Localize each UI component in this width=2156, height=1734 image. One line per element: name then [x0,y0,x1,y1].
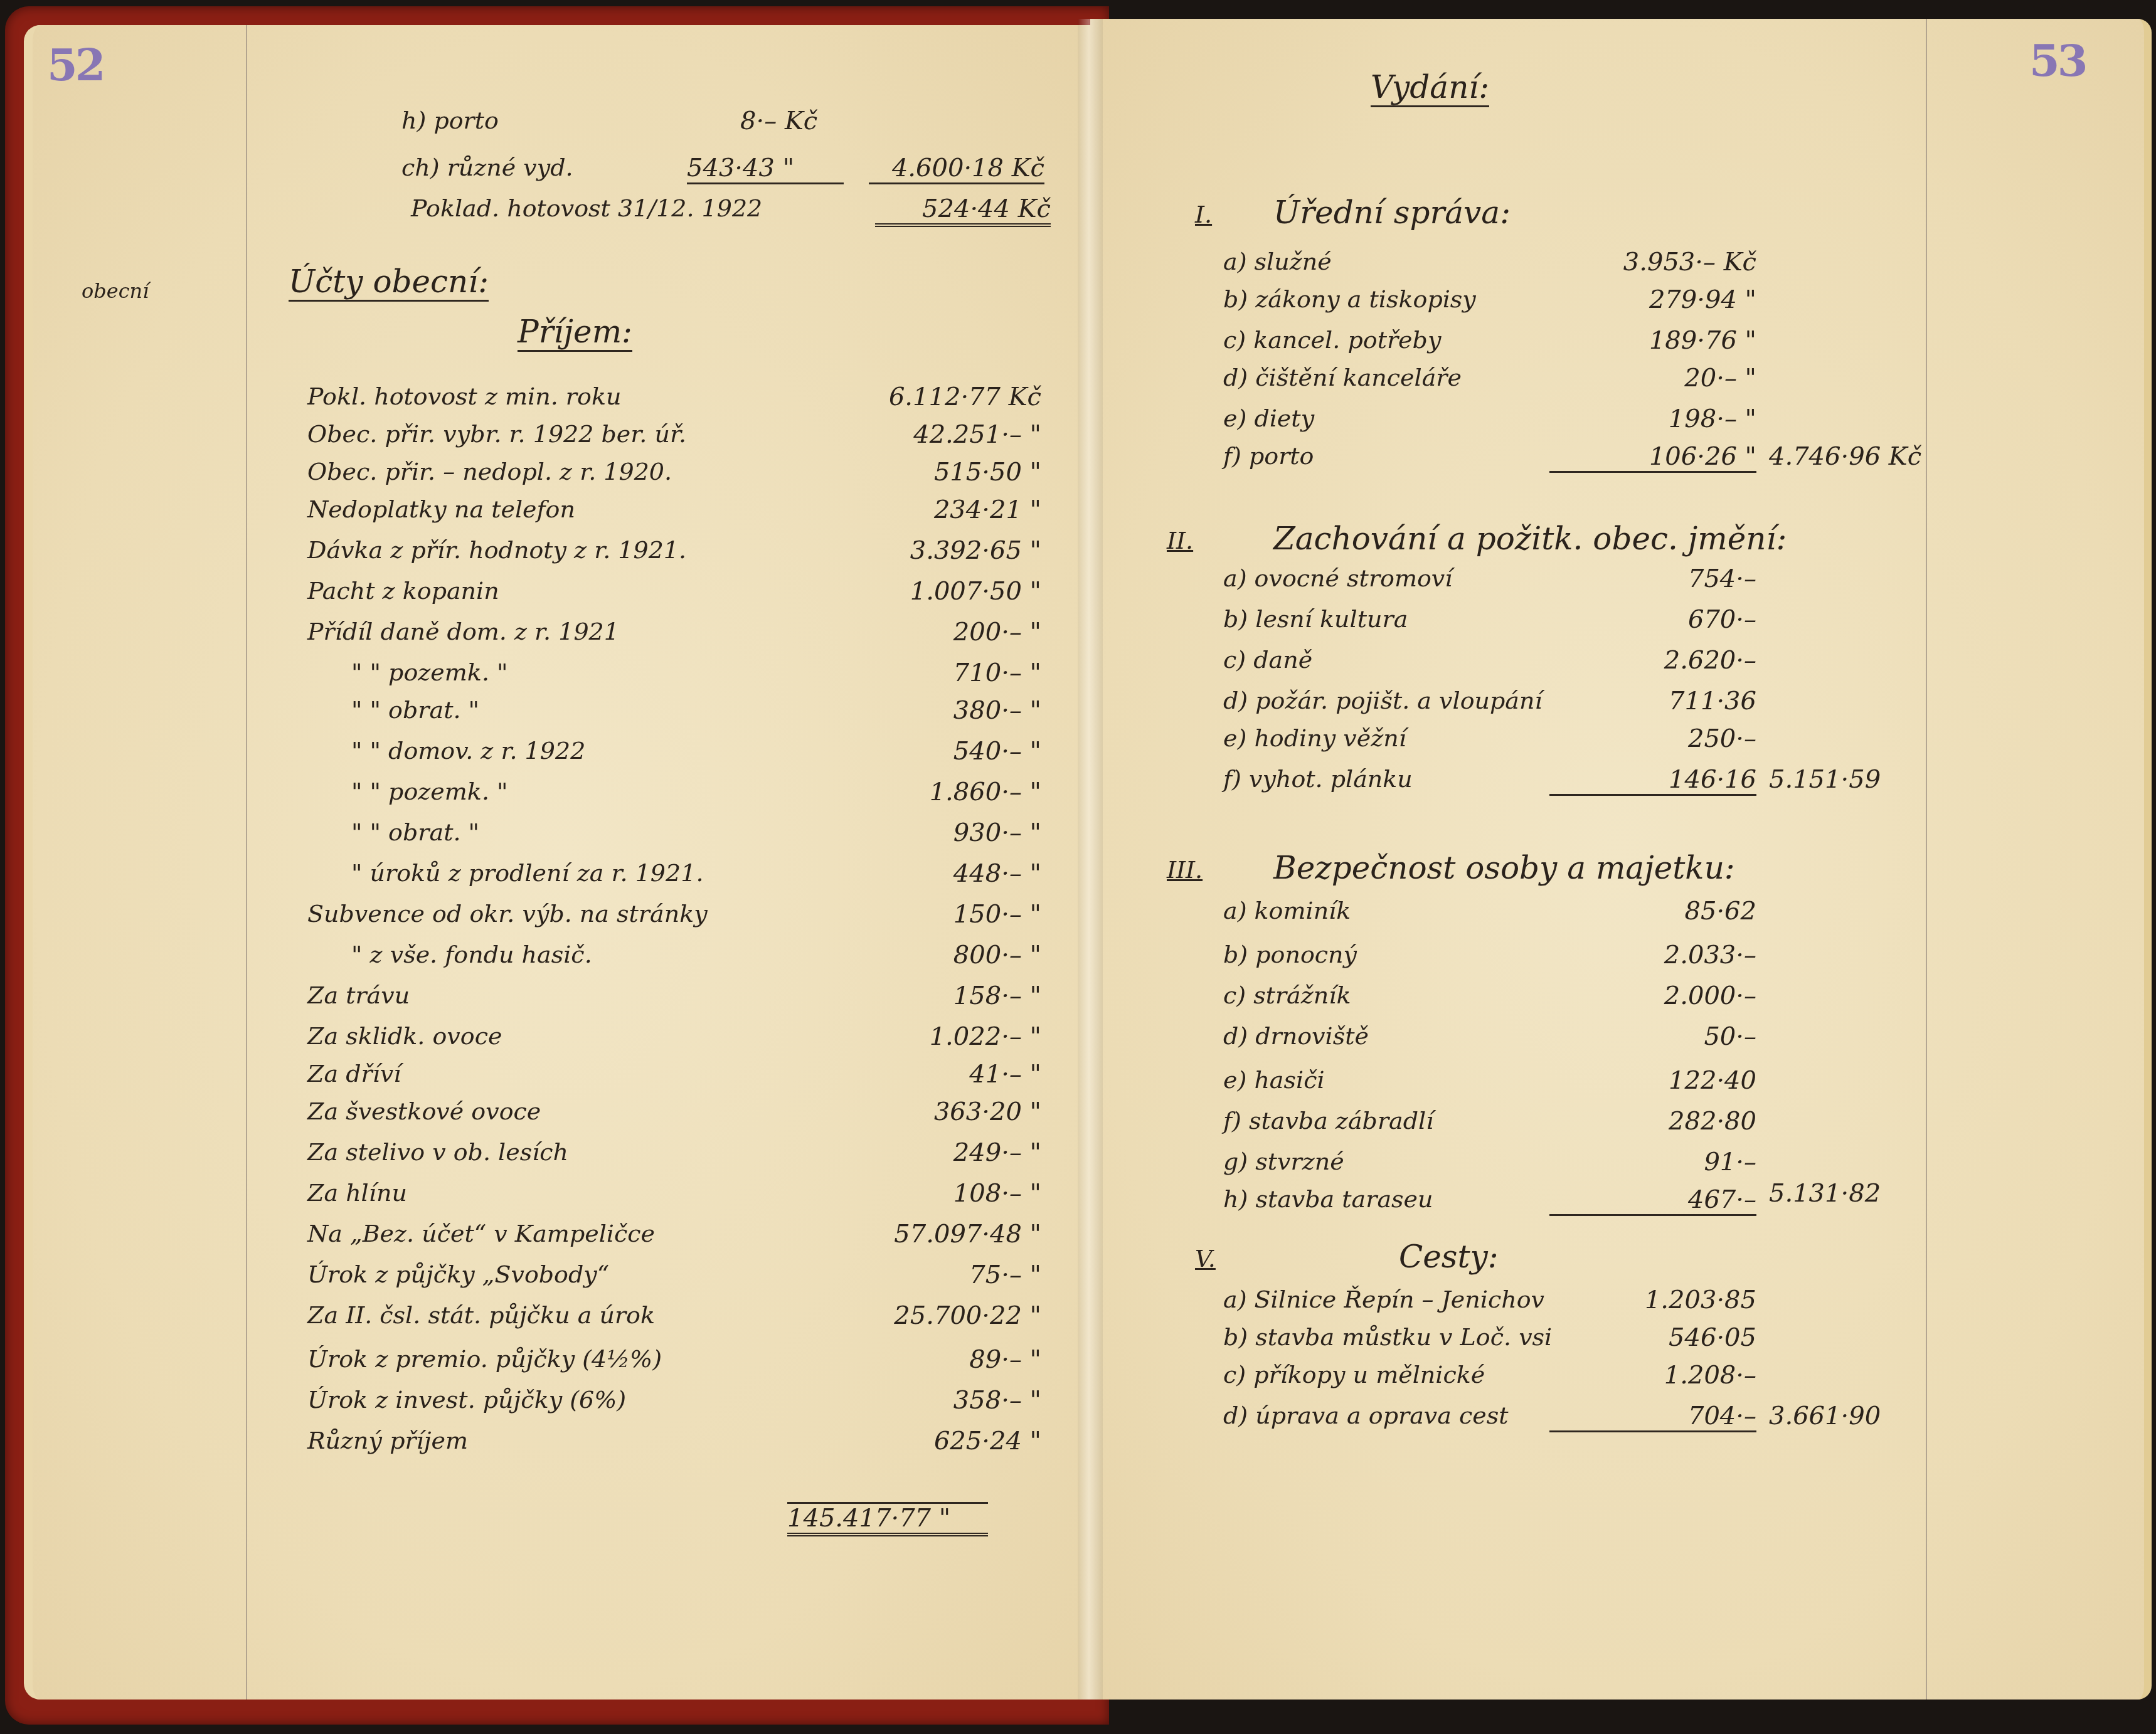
income-label: " " domov. z r. 1922 [351,737,585,764]
income-amount: 75·– " [969,1261,1041,1289]
income-label: " " obrat. " [351,818,479,846]
expense-label: f) vyhot. plánku [1223,765,1413,793]
group-title: Cesty: [1399,1239,1499,1275]
income-label: Za stelivo v ob. lesích [307,1138,568,1166]
group-total: 4.746·96 Kč [1769,442,1921,471]
income-amount: 930·– " [953,818,1041,847]
income-amount: 1.860·– " [930,778,1041,806]
section-title-accounts: Účty obecní: [289,263,489,302]
income-amount: 625·24 " [934,1427,1041,1456]
expense-amount: 2.033·– [1549,941,1756,970]
expense-amount: 106·26 " [1549,442,1756,473]
group-title: Úřední správa: [1273,194,1511,231]
income-label: Obec. přir. vybr. r. 1922 ber. úř. [307,420,686,448]
expense-label: g) stvrzné [1223,1148,1344,1175]
section-title-expenses: Vydání: [1371,69,1489,107]
group-numeral: III. [1167,856,1203,884]
carryover-label: Poklad. hotovost 31/12. 1922 [411,194,762,222]
expense-amount: 3.953·– Kč [1549,248,1756,277]
income-amount: 89·– " [969,1345,1041,1374]
expense-amount: 2.000·– [1549,981,1756,1010]
expense-label: d) čištění kanceláře [1223,364,1462,391]
income-amount: 800·– " [953,941,1041,970]
left-margin-line [246,25,247,1700]
expense-label: a) kominík [1223,897,1351,924]
expense-label: c) strážník [1223,981,1351,1009]
income-amount: 158·– " [953,981,1041,1010]
income-label: Pokl. hotovost z min. roku [307,383,621,410]
expense-amount: 282·80 [1549,1107,1756,1136]
book-spine [1078,19,1103,1700]
income-label: Úrok z premio. půjčky (4½%) [307,1345,662,1373]
income-label: " " obrat. " [351,696,479,724]
expense-label: d) úprava a oprava cest [1223,1402,1509,1429]
expense-label: e) hodiny věžní [1223,724,1406,752]
income-label: Za sklidk. ovoce [307,1022,502,1050]
income-amount: 1.022·– " [930,1022,1041,1051]
income-amount: 150·– " [953,900,1041,929]
expense-label: c) kancel. potřeby [1223,326,1441,354]
expense-label: b) lesní kultura [1223,605,1408,633]
expense-label: e) diety [1223,404,1314,432]
expense-amount: 546·05 [1549,1323,1756,1352]
income-label: Obec. přir. – nedopl. z r. 1920. [307,458,672,485]
expense-label: a) Silnice Řepín – Jenichov [1223,1286,1544,1313]
expense-amount: 146·16 [1549,765,1756,796]
group-total: 5.131·82 [1769,1179,1881,1208]
margin-note: obecní [82,279,149,303]
income-label: Nedoplatky na telefon [307,495,575,523]
group-numeral: V. [1195,1245,1216,1272]
expense-label: c) daně [1223,646,1312,674]
income-label: " " pozemk. " [351,658,508,686]
income-amount: 6.112·77 Kč [889,383,1041,411]
income-amount: 380·– " [953,696,1041,725]
expense-label: c) příkopy u mělnické [1223,1361,1485,1388]
income-amount: 540·– " [953,737,1041,766]
income-amount: 41·– " [969,1060,1041,1089]
income-label: Za hlínu [307,1179,407,1207]
expense-label: a) služné [1223,248,1332,275]
income-amount: 363·20 " [934,1097,1041,1126]
income-amount: 108·– " [953,1179,1041,1208]
income-label: Úrok z půjčky „Svobody“ [307,1261,609,1288]
income-total: 145.417·77 " [787,1502,988,1536]
expense-amount: 2.620·– [1549,646,1756,675]
expense-amount: 250·– [1549,724,1756,753]
carryover-label: ch) různé vyd. [401,154,573,181]
carryover-label: h) porto [401,107,499,134]
expense-amount: 91·– [1549,1148,1756,1176]
income-label: " " pozemk. " [351,778,508,805]
group-total: 3.661·90 [1769,1402,1881,1430]
income-amount: 358·– " [953,1386,1041,1415]
income-label: Subvence od okr. výb. na stránky [307,900,708,928]
group-numeral: II. [1167,527,1193,554]
expense-label: b) ponocný [1223,941,1357,968]
right-margin-line [1926,19,1927,1700]
income-amount: 448·– " [953,859,1041,888]
income-label: Různý příjem [307,1427,468,1454]
income-label: Za dříví [307,1060,401,1087]
expense-amount: 467·– [1549,1185,1756,1216]
income-amount: 200·– " [953,618,1041,647]
expense-amount: 122·40 [1549,1066,1756,1095]
group-title: Zachování a požitk. obec. jmění: [1273,521,1787,557]
income-label: Za II. čsl. stát. půjčku a úrok [307,1301,655,1329]
expense-label: b) stavba můstku v Loč. vsi [1223,1323,1552,1351]
income-label: " úroků z prodlení za r. 1921. [351,859,703,887]
expense-amount: 189·76 " [1549,326,1756,355]
expense-amount: 1.203·85 [1549,1286,1756,1314]
expense-amount: 704·– [1549,1402,1756,1432]
expense-amount: 198·– " [1549,404,1756,433]
expense-amount: 670·– [1549,605,1756,634]
group-numeral: I. [1195,201,1212,228]
income-amount: 3.392·65 " [910,536,1041,565]
income-amount: 42.251·– " [913,420,1041,449]
expense-amount: 279·94 " [1549,285,1756,314]
expense-label: h) stavba taraseu [1223,1185,1433,1213]
income-label: Úrok z invest. půjčky (6%) [307,1386,626,1414]
expense-label: d) drnoviště [1223,1022,1369,1050]
income-amount: 249·– " [953,1138,1041,1167]
page-number-right: 53 [2029,34,2085,87]
carryover-total: 4.600·18 Kč [869,154,1044,184]
expense-label: a) ovocné stromoví [1223,564,1452,592]
expense-amount: 20·– " [1549,364,1756,393]
expense-amount: 1.208·– [1549,1361,1756,1390]
expense-label: f) stavba zábradlí [1223,1107,1433,1134]
income-amount: 1.007·50 " [910,577,1041,606]
group-title: Bezpečnost osoby a majetku: [1273,850,1735,886]
expense-label: b) zákony a tiskopisy [1223,285,1476,313]
income-amount: 515·50 " [934,458,1041,487]
income-label: Za švestkové ovoce [307,1097,541,1125]
expense-amount: 50·– [1549,1022,1756,1051]
carryover-amount: 543·43 " [687,154,844,184]
income-label: Na „Bez. účet“ v Kampeličce [307,1220,655,1247]
expense-label: e) hasiči [1223,1066,1325,1094]
cash-balance-total: 524·44 Kč [875,194,1051,227]
subsection-title-income: Příjem: [518,314,632,352]
income-amount: 25.700·22 " [894,1301,1041,1330]
expense-label: f) porto [1223,442,1314,470]
income-label: Přídíl daně dom. z r. 1921 [307,618,619,645]
income-label: " z vše. fondu hasič. [351,941,592,968]
income-amount: 710·– " [953,658,1041,687]
carryover-amount: 8·– Kč [740,107,817,135]
income-label: Za trávu [307,981,410,1009]
expense-amount: 711·36 [1549,687,1756,716]
income-label: Pacht z kopanin [307,577,499,605]
income-amount: 57.097·48 " [894,1220,1041,1249]
income-label: Dávka z přír. hodnoty z r. 1921. [307,536,686,564]
expense-label: d) požár. pojišt. a vloupání [1223,687,1543,714]
income-amount: 234·21 " [934,495,1041,524]
expense-amount: 754·– [1549,564,1756,593]
page-number-left: 52 [47,39,103,91]
expense-amount: 85·62 [1549,897,1756,926]
group-total: 5.151·59 [1769,765,1881,794]
